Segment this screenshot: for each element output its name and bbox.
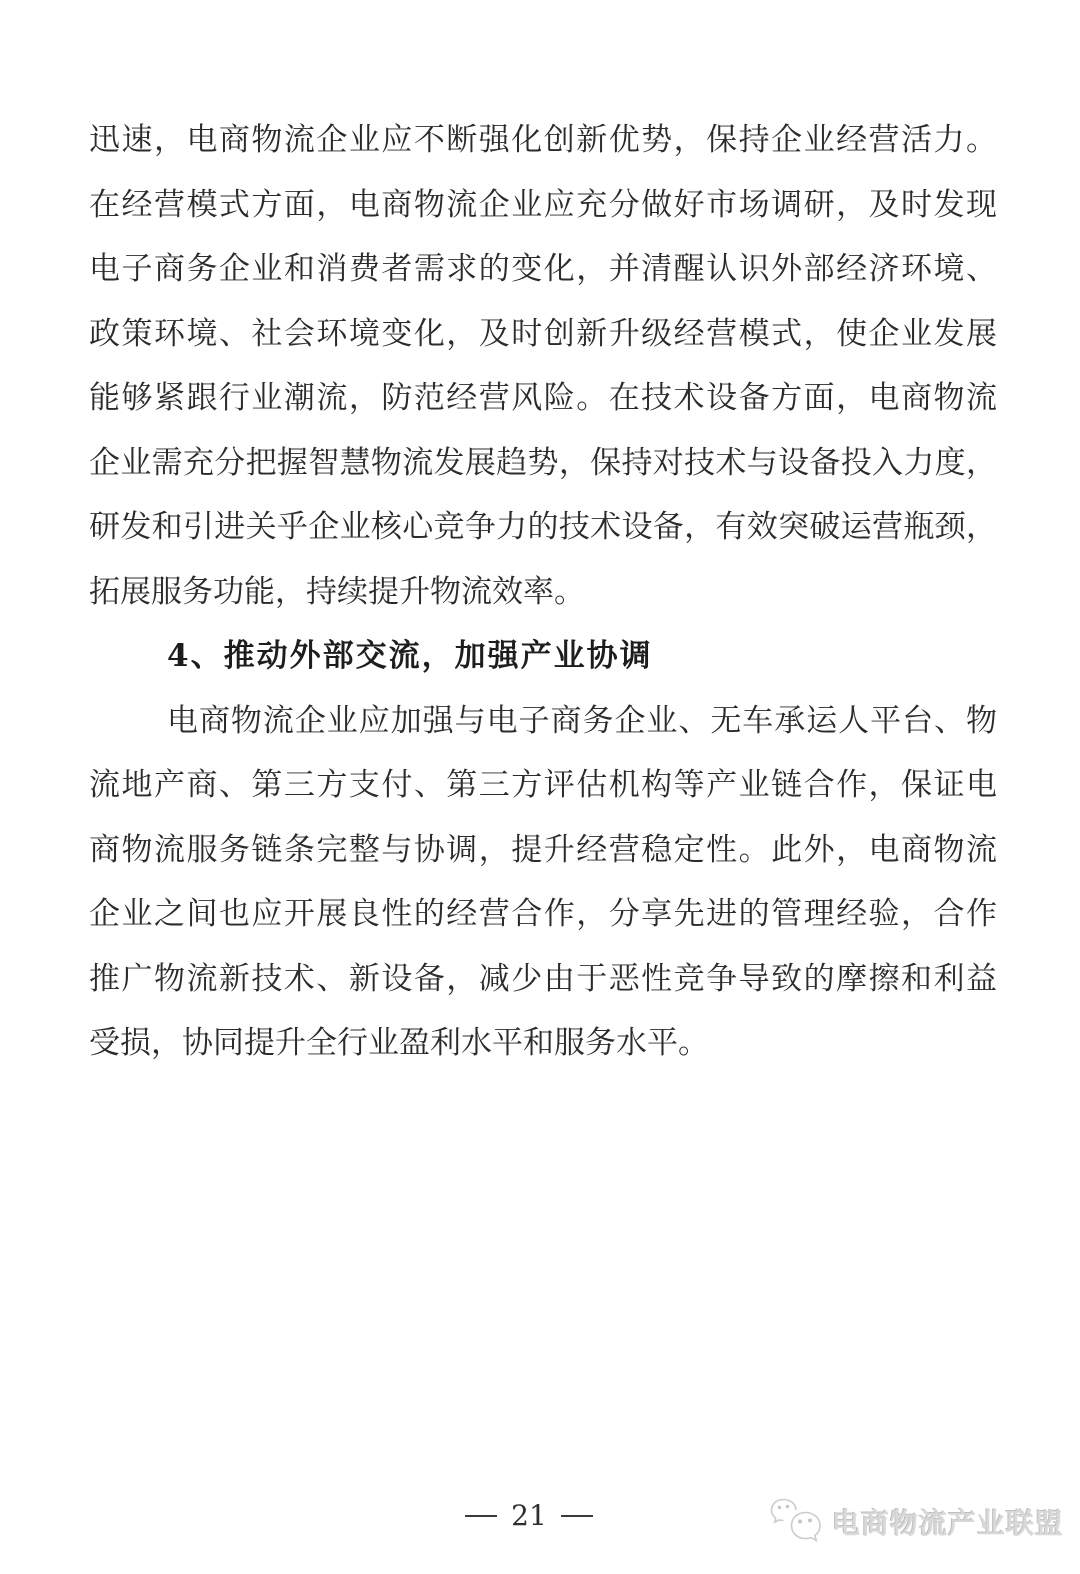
para2-line-4: 企业之间也应开展良性的经营合作，分享先进的管理经验，合作 [89,882,997,947]
para2-line-2: 流地产商、第三方支付、第三方评估机构等产业链合作，保证电 [89,753,997,818]
brand-watermark-text: 电商物流产业联盟 [832,1502,1064,1542]
para1-line-3: 电子商务企业和消费者需求的变化，并清醒认识外部经济环境、 [89,237,997,302]
brand-watermark: 电商物流产业联盟 [769,1496,1064,1548]
para2-line-6: 受损，协同提升全行业盈利水平和服务水平。 [89,1011,997,1076]
section-heading: 4、推动外部交流，加强产业协调 [89,624,997,689]
wechat-logo-icon [769,1496,825,1548]
para1-line-8: 拓展服务功能，持续提升物流效率。 [89,560,997,625]
para2-line-5: 推广物流新技术、新设备，减少由于恶性竞争导致的摩擦和利益 [89,947,997,1012]
para1-line-2: 在经营模式方面，电商物流企业应充分做好市场调研，及时发现 [89,173,997,238]
page-number-right-dash [561,1515,593,1517]
para1-line-6: 企业需充分把握智慧物流发展趋势，保持对技术与设备投入力度， [89,431,997,496]
document-page: 迅速，电商物流企业应不断强化创新优势，保持企业经营活力。 在经营模式方面，电商物… [0,0,1080,1574]
para1-line-5: 能够紧跟行业潮流，防范经营风险。在技术设备方面，电商物流 [89,366,997,431]
page-number-value: 21 [511,1498,547,1534]
para2-line-1: 电商物流企业应加强与电子商务企业、无车承运人平台、物 [89,689,997,754]
para1-line-7: 研发和引进关乎企业核心竞争力的技术设备，有效突破运营瓶颈， [89,495,997,560]
page-number-left-dash [465,1515,497,1517]
body-text-block: 迅速，电商物流企业应不断强化创新优势，保持企业经营活力。 在经营模式方面，电商物… [89,108,997,1076]
para1-line-1: 迅速，电商物流企业应不断强化创新优势，保持企业经营活力。 [89,108,997,173]
para1-line-4: 政策环境、社会环境变化，及时创新升级经营模式，使企业发展 [89,302,997,367]
para2-line-3: 商物流服务链条完整与协调，提升经营稳定性。此外，电商物流 [89,818,997,883]
